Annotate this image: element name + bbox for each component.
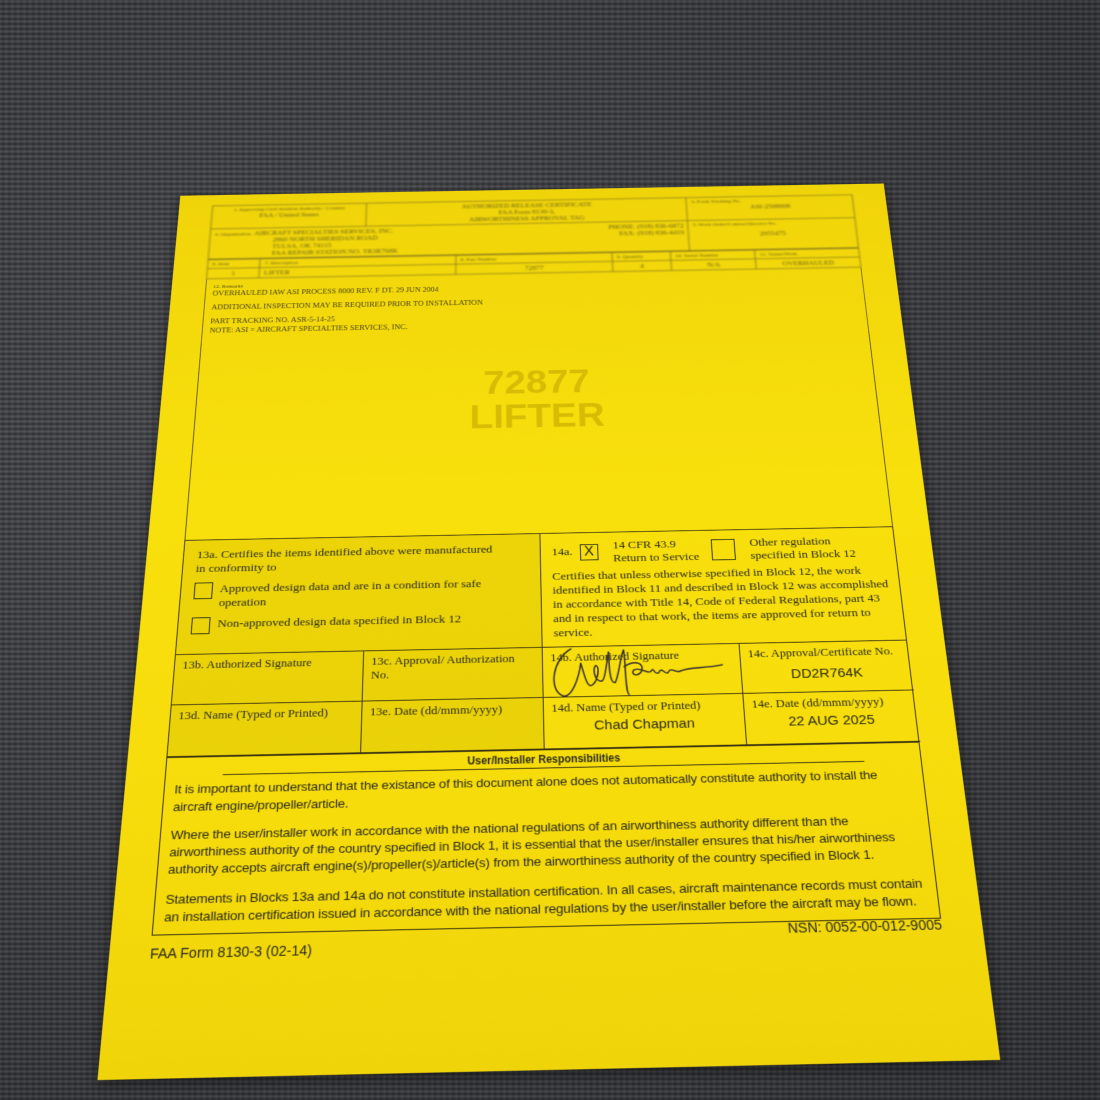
block-14a: 14a. X 14 CFR 43.9 Return to Service Oth… [540, 527, 907, 647]
signature-grid: 13b. Authorized Signature 13c. Approval/… [166, 641, 919, 759]
block-3: 3. Form Tracking No. ASI-2508008 [686, 195, 855, 221]
block-14a-statement: Certifies that unless otherwise specifie… [552, 563, 896, 640]
responsibilities-body: It is important to understand that the e… [153, 761, 940, 935]
form-body: 1. Approving Civil Aviation Authority / … [149, 194, 944, 961]
responsibilities-paragraph: Where the user/installer work in accorda… [167, 811, 923, 879]
block-14d: 14d. Name (Typed or Printed) Chad Chapma… [544, 694, 748, 750]
checkbox-approved-design[interactable] [193, 582, 213, 599]
block-12-remarks: 12. Remarks OVERHAULED IAW ASI PROCESS 8… [201, 267, 869, 343]
block-14b: 14b. Authorized Signature [543, 644, 744, 698]
block-14a-label: 14a. [552, 545, 573, 559]
handwritten-signature [543, 639, 735, 703]
signer-name: Chad Chapman [552, 715, 738, 734]
form-number: FAA Form 8130-3 (02-14) [149, 942, 312, 962]
block-14e-label: 14e. Date (dd/mmm/yyyy) [751, 694, 908, 711]
block-13d-label: 13d. Name (Typed or Printed) [178, 706, 354, 724]
block-5: 5. Work Order/Contract/Invoice No. 29554… [688, 218, 859, 251]
faa-form-8130-3: 1. Approving Civil Aviation Authority / … [97, 183, 1000, 1080]
photo-scene: 1. Approving Civil Aviation Authority / … [0, 0, 1100, 1100]
nsn-number: NSN: 0052-00-012-9005 [787, 917, 944, 948]
form-header: 1. Approving Civil Aviation Authority / … [206, 194, 861, 279]
part-watermark: 72877 LIFTER [184, 331, 893, 540]
user-installer-responsibilities: User/Installer Responsibilities It is im… [152, 743, 941, 936]
signature-date: 22 AUG 2025 [753, 712, 911, 730]
block-13e: 13e. Date (dd/mmm/yyyy) [361, 698, 545, 753]
checkbox-other-regulation[interactable] [711, 539, 736, 560]
block-13d: 13d. Name (Typed or Printed) [167, 702, 362, 758]
option-14cfr-line1: 14 CFR 43.9 [612, 538, 676, 551]
block-13b-label: 13b. Authorized Signature [182, 655, 356, 672]
block-13a-title: 13a. Certifies the items identified abov… [195, 542, 527, 576]
block-13a-option-nonapproved[interactable]: Non-approved design data specified in Bl… [191, 610, 529, 633]
block-13b: 13b. Authorized Signature [172, 652, 364, 706]
block-13c: 13c. Approval/ Authorization No. [363, 648, 544, 702]
block-13a: 13a. Certifies the items identified abov… [176, 534, 543, 655]
certification-blocks: 13a. Certifies the items identified abov… [175, 526, 907, 655]
checkbox-non-approved-design[interactable] [191, 617, 211, 634]
block-14c-label: 14c. Approval/Certificate No. [747, 644, 902, 661]
option-other-line1: Other regulation [749, 535, 831, 549]
block-14c: 14c. Approval/Certificate No. DD2R764K [740, 641, 915, 694]
approval-certificate-number: DD2R764K [749, 665, 905, 683]
checkbox-14cfr-43-9[interactable]: X [580, 544, 599, 560]
items-cell: 4 [612, 260, 671, 271]
block-14d-label: 14d. Name (Typed or Printed) [551, 698, 736, 716]
block-5-value: 2955475 [693, 229, 852, 238]
option-other-regulation-label: Other regulation specified in Block 12 [749, 534, 856, 561]
block-13c-label: 13c. Approval/ Authorization No. [371, 652, 535, 683]
option-14cfr-line2: Return to Service [613, 550, 700, 564]
block-13a-option-approved[interactable]: Approved design data and are in a condit… [193, 576, 528, 610]
organization-fax: FAX: (918) 836-4419 [608, 229, 684, 237]
block-14e: 14e. Date (dd/mmm/yyyy) 22 AUG 2025 [743, 691, 920, 746]
items-cell: 1 [207, 268, 260, 279]
block-5-label: 5. Work Order/Contract/Invoice No. [692, 219, 851, 227]
block-1: 1. Approving Civil Aviation Authority / … [211, 203, 367, 229]
option-non-approved-label: Non-approved design data specified in Bl… [217, 612, 461, 631]
option-approved-label: Approved design data and are in a condit… [218, 576, 527, 610]
option-other-line2: specified in Block 12 [750, 547, 856, 561]
option-14cfr-label: 14 CFR 43.9 Return to Service [612, 537, 700, 564]
block-13e-label: 13e. Date (dd/mmm/yyyy) [370, 702, 536, 719]
